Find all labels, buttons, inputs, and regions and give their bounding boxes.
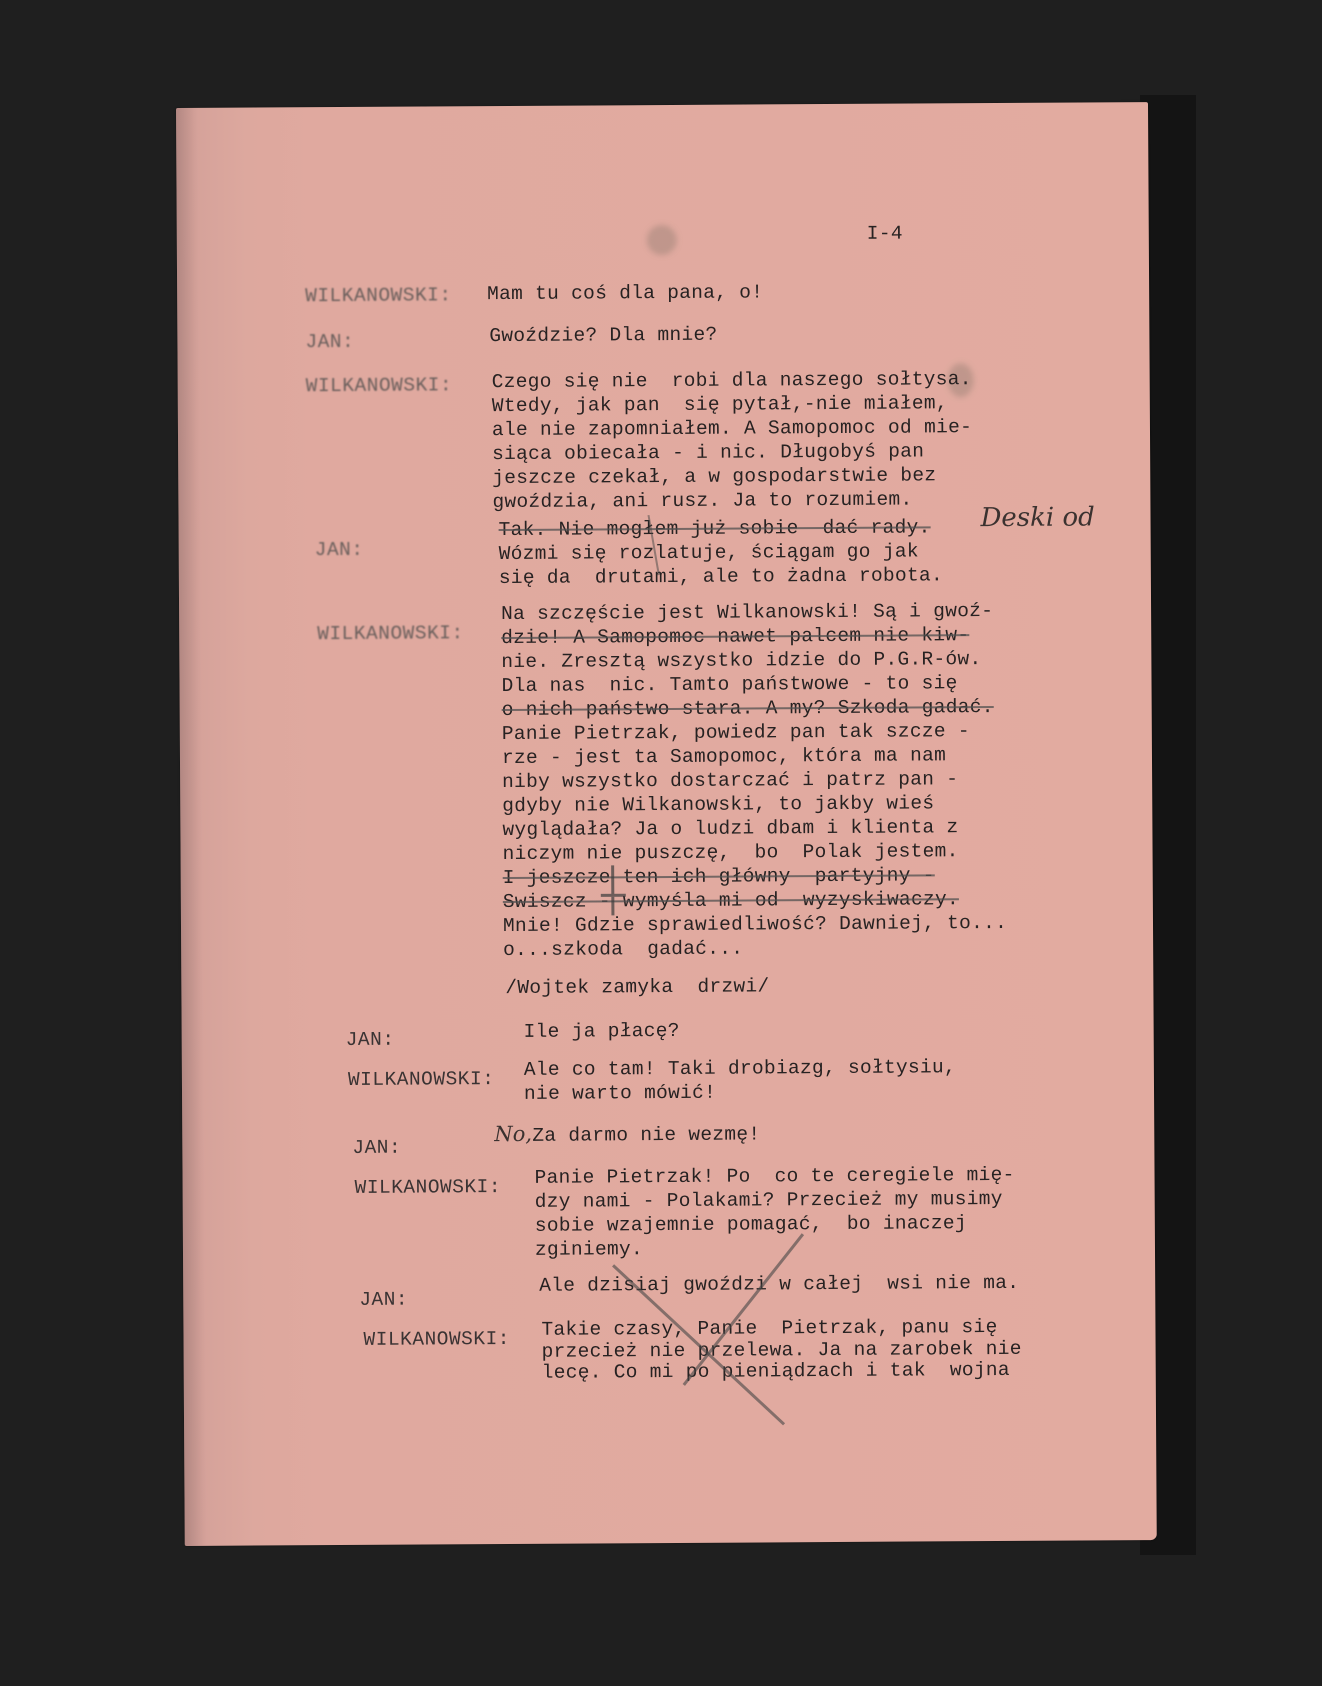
dialogue-line: Tak. Nie mogłem już sobie dać rady. <box>499 515 931 542</box>
dialogue-line: sobie wzajemnie pomagać, bo inaczej <box>535 1211 967 1238</box>
dialogue-line: jeszcze czekał, a w gospodarstwie bez <box>492 463 936 490</box>
dialogue-line: wyglądała? Ja o ludzi dbam i klienta z <box>502 815 958 842</box>
dialogue-line: nie warto mówić! <box>524 1081 716 1106</box>
dialogue-line: Mnie! Gdzie sprawiedliwość? Dawniej, to.… <box>503 911 1007 938</box>
dialogue-line: Wtedy, jak pan się pytał,-nie miałem, <box>492 391 948 418</box>
speaker-label: JAN: <box>359 1289 408 1311</box>
dialogue-line: siąca obiecała - i nic. Długobyś pan <box>492 439 924 466</box>
dialogue-line: I jeszcze ten ich główny partyjny - <box>503 863 935 890</box>
speaker-label: WILKANOWSKI: <box>305 284 452 307</box>
dialogue-line: rze - jest ta Samopomoc, która ma nam <box>502 743 946 770</box>
dialogue-line: niczym nie puszczę, bo Polak jestem. <box>502 839 958 866</box>
dialogue-line: dzy nami - Polakami? Przecież my musimy <box>535 1187 1003 1214</box>
dialogue-line: Panie Pietrzak! Po co te ceregiele mię- <box>534 1163 1014 1190</box>
speaker-label: JAN: <box>346 1029 395 1051</box>
dialogue-line: Czego się nie robi dla naszego sołtysa. <box>492 367 972 394</box>
speaker-label: WILKANOWSKI: <box>348 1068 495 1091</box>
dialogue-line: Panie Pietrzak, powiedz pan tak szcze - <box>502 719 970 746</box>
dialogue-line: gdyby nie Wilkanowski, to jakby wieś <box>502 791 934 818</box>
dialogue-line: Na szczęście jest Wilkanowski! Są i gwoź… <box>501 599 993 626</box>
speaker-label: WILKANOWSKI: <box>363 1328 510 1351</box>
handwritten-note: Deski od <box>980 502 1094 533</box>
speaker-label: JAN: <box>315 539 364 561</box>
page-number: I-4 <box>867 222 903 246</box>
handwritten-note: No, <box>494 1122 532 1146</box>
dialogue-line: Mam tu coś dla pana, o! <box>487 280 763 306</box>
dialogue-line: Gwoździe? Dla mnie? <box>489 323 717 348</box>
dialogue-line: nie. Zresztą wszystko idzie do P.G.R-ów. <box>501 647 981 674</box>
dialogue-line: się da drutami, ale to żadna robota. <box>499 563 943 590</box>
dialogue-line: niby wszystko dostarczać i patrz pan - <box>502 767 958 794</box>
speaker-label: JAN: <box>305 331 354 353</box>
dialogue-line: Dla nas nic. Tamto państwowe - to się <box>501 671 957 698</box>
typewritten-page: I-4 WILKANOWSKI: Mam tu coś dla pana, o!… <box>176 102 1157 1546</box>
dialogue-line: zginiemy. <box>535 1237 643 1262</box>
speaker-label: WILKANOWSKI: <box>355 1176 502 1199</box>
dialogue-line: o...szkoda gadać... <box>503 937 743 962</box>
dialogue-line: gwoździa, ani rusz. Ja to rozumiem. <box>492 488 912 515</box>
dialogue-line: Ale dzisiaj gwoździ w całej wsi nie ma. <box>539 1271 1019 1298</box>
stain <box>647 225 677 255</box>
speaker-label: WILKANOWSKI: <box>317 622 464 645</box>
dialogue-line: lecę. Co mi po pieniądzach i tak wojna <box>542 1358 1010 1385</box>
dialogue-line: dzie! A Samopomoc nawet palcem nie kiw- <box>501 623 969 650</box>
speaker-label: JAN: <box>352 1137 401 1159</box>
dialogue-line: Swiszcz - wymyśla mi od wyzyskiwaczy. <box>503 887 959 914</box>
dialogue-line: Za darmo nie wezmę! <box>532 1122 760 1147</box>
dialogue-line: Ile ja płacę? <box>524 1019 680 1044</box>
dialogue-line: Wózmi się rozlatuje, ściągam go jak <box>499 539 919 566</box>
dialogue-line: ale nie zapomniałem. A Samopomoc od mie- <box>492 415 972 442</box>
stage-direction: /Wojtek zamyka drzwi/ <box>505 974 769 1000</box>
dialogue-line: Ale co tam! Taki drobiazg, sołtysiu, <box>524 1055 956 1082</box>
speaker-label: WILKANOWSKI: <box>306 374 453 397</box>
dialogue-line: o nich państwo stara. A my? Szkoda gadać… <box>502 695 994 722</box>
